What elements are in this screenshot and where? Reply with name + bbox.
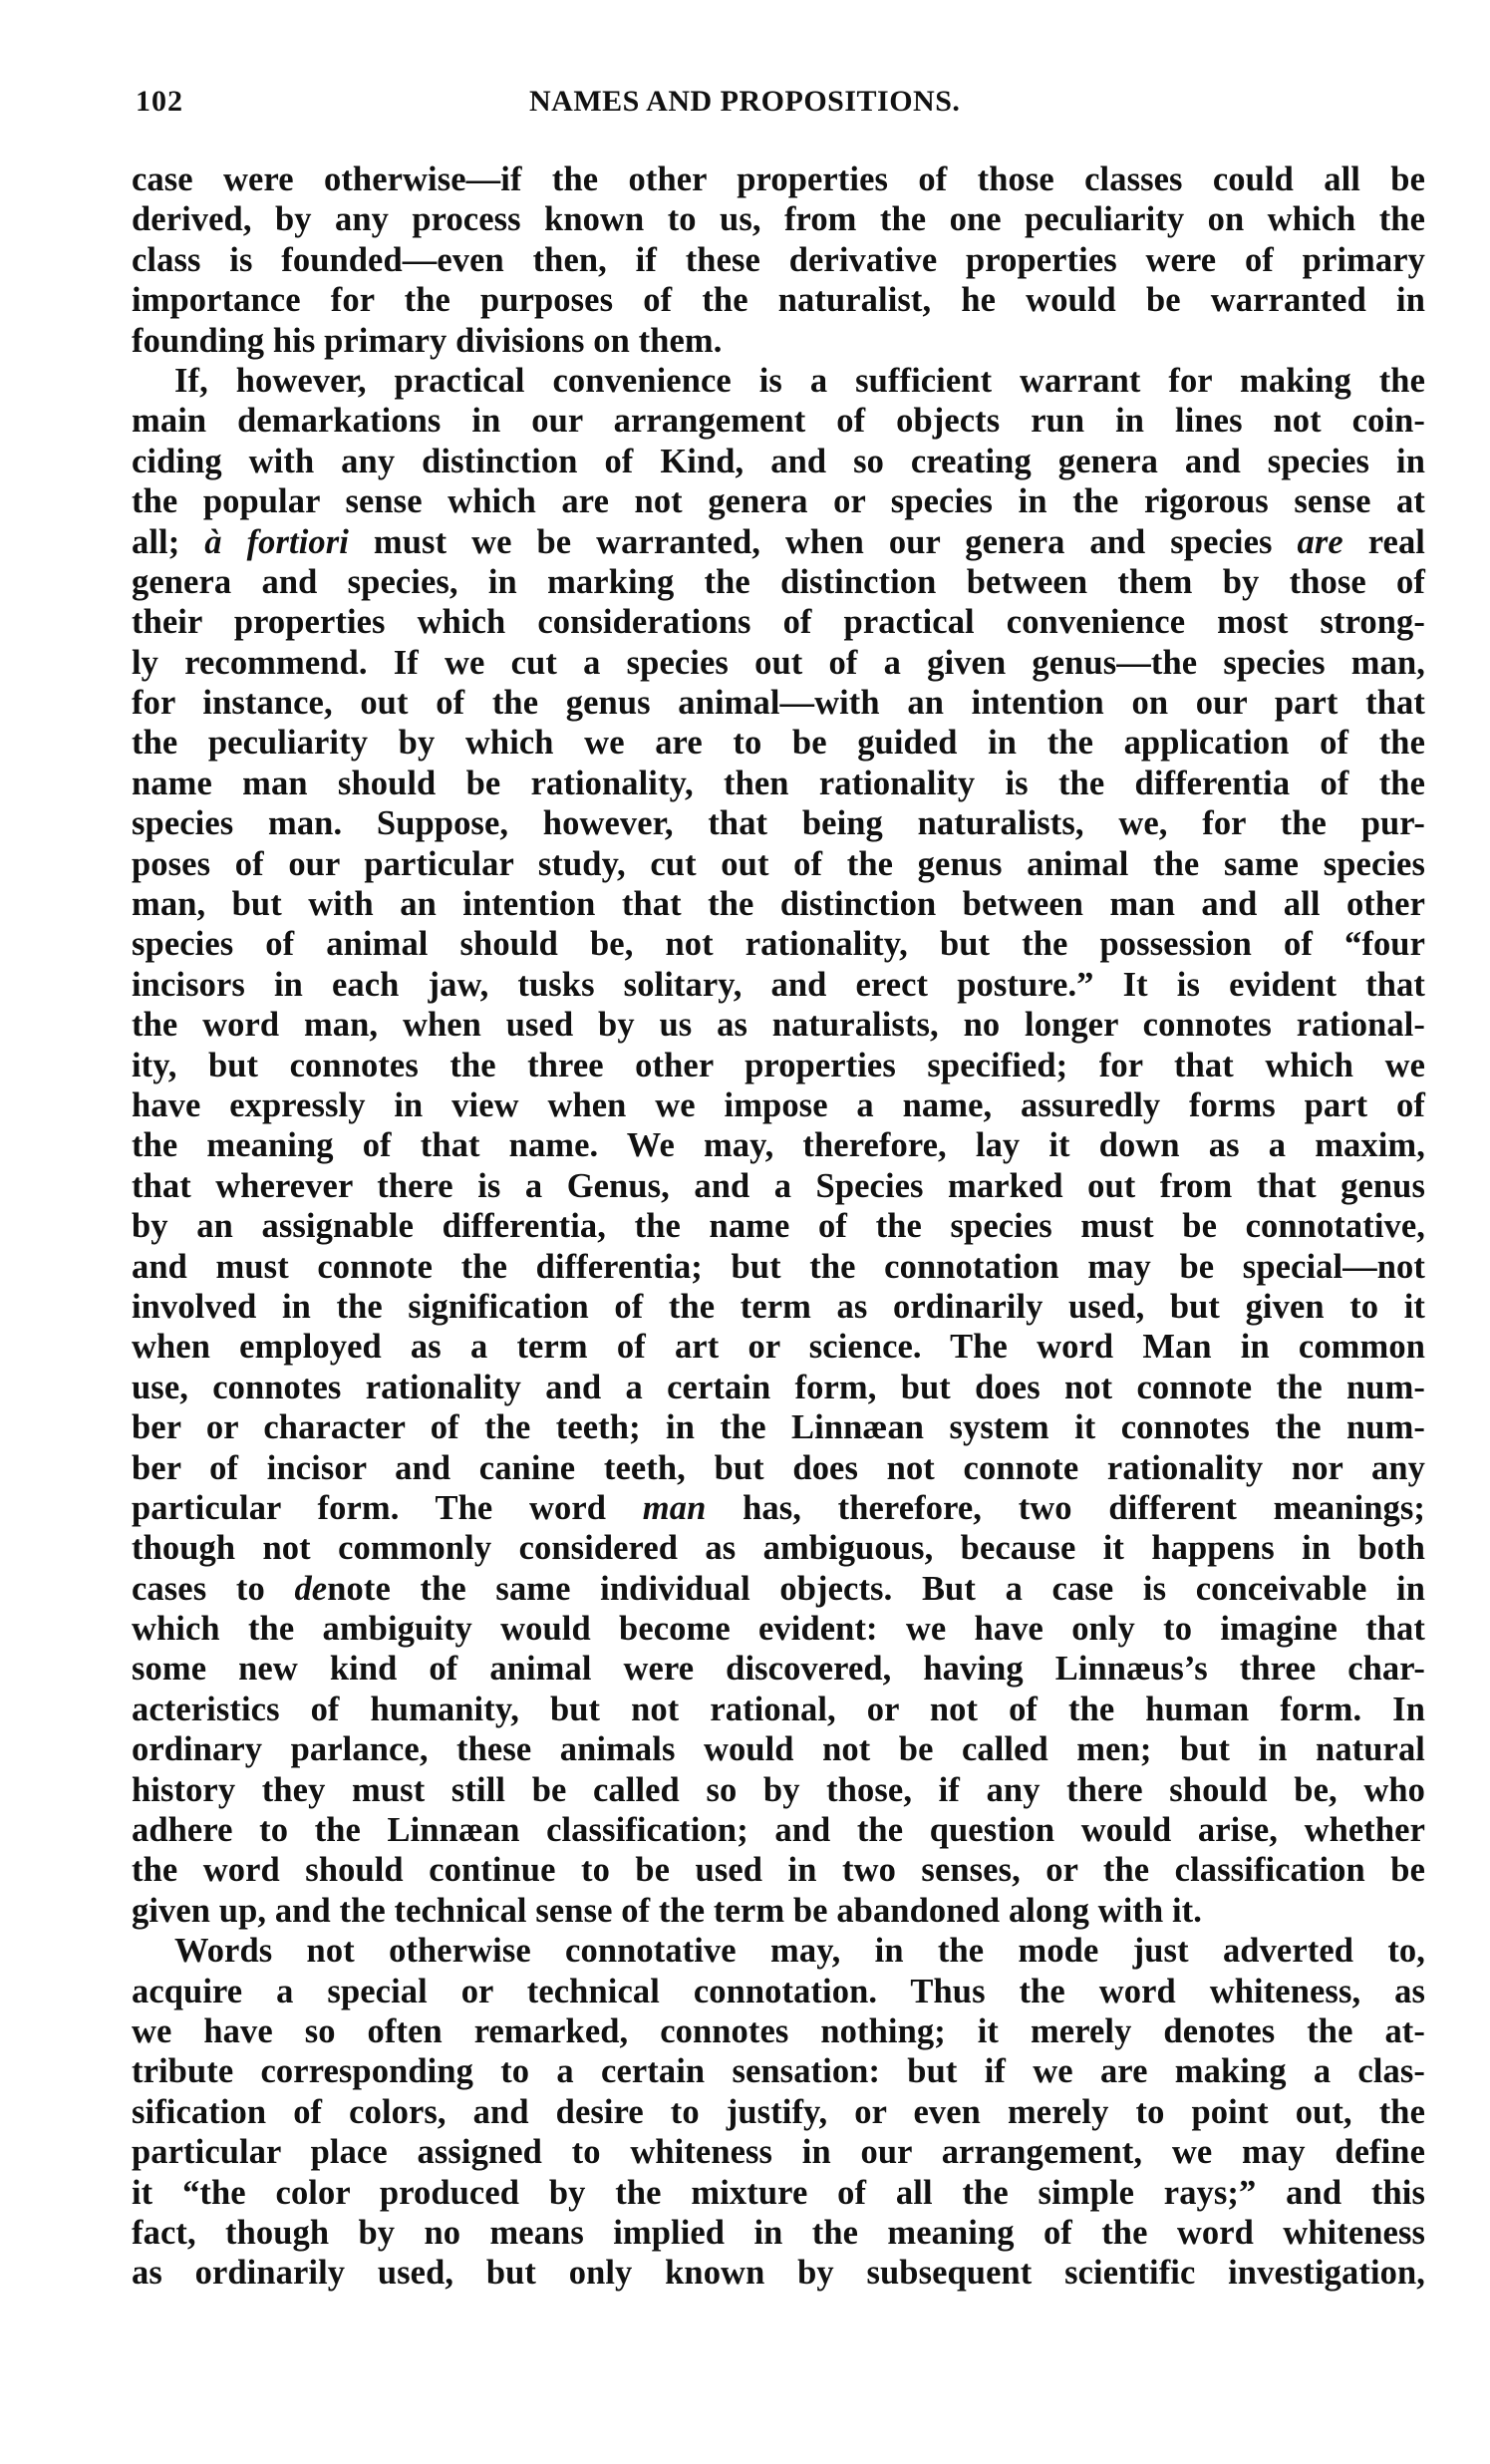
text-segment: the meaning of that name. We may, theref… bbox=[132, 1126, 1425, 1164]
text-line: species man. Suppose, however, that bein… bbox=[132, 803, 1425, 843]
text-line: that wherever there is a Genus, and a Sp… bbox=[132, 1166, 1425, 1206]
text-line: history they must still be called so by … bbox=[132, 1770, 1425, 1810]
text-line: and must connote the differentia; but th… bbox=[132, 1247, 1425, 1287]
text-segment: ity, but connotes the three other proper… bbox=[132, 1047, 1425, 1084]
text-line: Words not otherwise connotative may, in … bbox=[132, 1931, 1425, 1971]
text-segment: it “the color produced by the mixture of… bbox=[132, 2174, 1425, 2212]
text-segment: species man. Suppose, however, that bein… bbox=[132, 804, 1425, 842]
text-line: man, but with an intention that the dist… bbox=[132, 884, 1425, 924]
text-segment: ber of incisor and canine teeth, but doe… bbox=[132, 1449, 1425, 1487]
text-line: we have so often remarked, connotes noth… bbox=[132, 2011, 1425, 2051]
text-segment: as ordinarily used, but only known by su… bbox=[132, 2254, 1425, 2292]
italic-text: are bbox=[1298, 523, 1343, 561]
text-segment: note the same individual objects. But a … bbox=[327, 1570, 1425, 1608]
page-number: 102 bbox=[136, 82, 183, 122]
text-line: some new kind of animal were discovered,… bbox=[132, 1649, 1425, 1689]
text-line: the meaning of that name. We may, theref… bbox=[132, 1125, 1425, 1165]
text-segment: the peculiarity by which we are to be gu… bbox=[132, 724, 1425, 762]
book-page: 102 NAMES AND PROPOSITIONS. case were ot… bbox=[0, 0, 1490, 2464]
text-line: species of animal should be, not rationa… bbox=[132, 924, 1425, 964]
text-line: ordinary parlance, these animals would n… bbox=[132, 1729, 1425, 1769]
text-line: the word should continue to be used in t… bbox=[132, 1850, 1425, 1890]
text-line: main demarkations in our arrangement of … bbox=[132, 401, 1425, 441]
text-segment: acteristics of humanity, but not rationa… bbox=[132, 1691, 1425, 1728]
text-line: for instance, out of the genus animal—wi… bbox=[132, 683, 1425, 723]
text-segment: for instance, out of the genus animal—wi… bbox=[132, 684, 1425, 722]
text-segment: though not commonly considered as ambigu… bbox=[132, 1529, 1425, 1567]
text-segment: ly recommend. If we cut a species out of… bbox=[132, 644, 1425, 682]
text-segment: poses of our particular study, cut out o… bbox=[132, 845, 1425, 883]
italic-text: man bbox=[643, 1489, 707, 1527]
text-line: derived, by any process known to us, fro… bbox=[132, 199, 1425, 239]
text-segment: given up, and the technical sense of the… bbox=[132, 1892, 1202, 1930]
text-segment: ordinary parlance, these animals would n… bbox=[132, 1730, 1425, 1768]
text-segment: when employed as a term of art or scienc… bbox=[132, 1328, 1425, 1366]
text-line: have expressly in view when we impose a … bbox=[132, 1085, 1425, 1125]
text-line: given up, and the technical sense of the… bbox=[132, 1891, 1425, 1931]
text-segment: particular place assigned to whiteness i… bbox=[132, 2133, 1425, 2171]
text-segment: must we be warranted, when our genera an… bbox=[349, 523, 1298, 561]
text-line: though not commonly considered as ambigu… bbox=[132, 1528, 1425, 1568]
text-segment: If, however, practical convenience is a … bbox=[174, 362, 1425, 400]
text-line: by an assignable differentia, the name o… bbox=[132, 1206, 1425, 1246]
text-segment: some new kind of animal were discovered,… bbox=[132, 1650, 1425, 1688]
text-segment: has, therefore, two different meanings; bbox=[706, 1489, 1425, 1527]
text-line: it “the color produced by the mixture of… bbox=[132, 2173, 1425, 2213]
text-line: ber or character of the teeth; in the Li… bbox=[132, 1407, 1425, 1447]
text-line: adhere to the Linnæan classification; an… bbox=[132, 1810, 1425, 1850]
text-segment: that wherever there is a Genus, and a Sp… bbox=[132, 1167, 1425, 1205]
text-segment: history they must still be called so by … bbox=[132, 1771, 1425, 1809]
text-line: ly recommend. If we cut a species out of… bbox=[132, 643, 1425, 683]
text-segment: incisors in each jaw, tusks solitary, an… bbox=[132, 966, 1425, 1004]
text-segment: all; bbox=[132, 523, 204, 561]
text-segment: ciding with any distinction of Kind, and… bbox=[132, 443, 1425, 480]
running-head: 102 NAMES AND PROPOSITIONS. bbox=[136, 82, 1425, 122]
text-segment: fact, though by no means implied in the … bbox=[132, 2214, 1425, 2252]
text-segment: founding his primary divisions on them. bbox=[132, 322, 722, 360]
text-segment: ber or character of the teeth; in the Li… bbox=[132, 1408, 1425, 1446]
text-segment: class is founded—even then, if these der… bbox=[132, 241, 1425, 279]
text-segment: by an assignable differentia, the name o… bbox=[132, 1207, 1425, 1245]
text-segment: main demarkations in our arrangement of … bbox=[132, 402, 1425, 440]
text-line: poses of our particular study, cut out o… bbox=[132, 844, 1425, 884]
text-line: ciding with any distinction of Kind, and… bbox=[132, 442, 1425, 481]
text-line: incisors in each jaw, tusks solitary, an… bbox=[132, 965, 1425, 1005]
text-segment: involved in the signification of the ter… bbox=[132, 1288, 1425, 1326]
text-line: name man should be rationality, then rat… bbox=[132, 764, 1425, 803]
text-segment: Words not otherwise connotative may, in … bbox=[174, 1932, 1425, 1970]
text-line: the peculiarity by which we are to be gu… bbox=[132, 723, 1425, 763]
text-line: ber of incisor and canine teeth, but doe… bbox=[132, 1448, 1425, 1488]
text-line: class is founded—even then, if these der… bbox=[132, 240, 1425, 280]
text-line: genera and species, in marking the disti… bbox=[132, 562, 1425, 602]
text-segment: adhere to the Linnæan classification; an… bbox=[132, 1811, 1425, 1849]
italic-text: à fortiori bbox=[204, 523, 349, 561]
text-line: involved in the signification of the ter… bbox=[132, 1287, 1425, 1327]
text-segment: the word man, when used by us as natural… bbox=[132, 1006, 1425, 1044]
text-line: particular form. The word man has, there… bbox=[132, 1488, 1425, 1528]
text-segment: have expressly in view when we impose a … bbox=[132, 1086, 1425, 1124]
text-segment: and must connote the differentia; but th… bbox=[132, 1248, 1425, 1286]
text-segment: cases to bbox=[132, 1570, 294, 1608]
text-segment: derived, by any process known to us, fro… bbox=[132, 200, 1425, 238]
text-line: acquire a special or technical connotati… bbox=[132, 1972, 1425, 2011]
text-segment: we have so often remarked, connotes noth… bbox=[132, 2012, 1425, 2050]
italic-text: de bbox=[294, 1570, 327, 1608]
text-segment: use, connotes rationality and a certain … bbox=[132, 1369, 1425, 1406]
text-segment: man, but with an intention that the dist… bbox=[132, 885, 1425, 923]
text-line: importance for the purposes of the natur… bbox=[132, 280, 1425, 320]
text-segment: genera and species, in marking the disti… bbox=[132, 563, 1425, 601]
text-segment: importance for the purposes of the natur… bbox=[132, 281, 1425, 319]
text-segment: which the ambiguity would become evident… bbox=[132, 1610, 1425, 1648]
text-segment: sification of colors, and desire to just… bbox=[132, 2093, 1425, 2131]
text-line: use, connotes rationality and a certain … bbox=[132, 1368, 1425, 1407]
text-segment: species of animal should be, not rationa… bbox=[132, 925, 1425, 963]
text-segment: case were otherwise—if the other propert… bbox=[132, 160, 1425, 198]
text-line: tribute corresponding to a certain sensa… bbox=[132, 2051, 1425, 2091]
running-title: NAMES AND PROPOSITIONS. bbox=[529, 82, 960, 122]
text-segment: the word should continue to be used in t… bbox=[132, 1851, 1425, 1889]
text-line: their properties which considerations of… bbox=[132, 602, 1425, 642]
text-segment: tribute corresponding to a certain sensa… bbox=[132, 2052, 1425, 2090]
text-line: If, however, practical convenience is a … bbox=[132, 361, 1425, 401]
text-line: ity, but connotes the three other proper… bbox=[132, 1046, 1425, 1085]
text-line: when employed as a term of art or scienc… bbox=[132, 1327, 1425, 1367]
text-line: the popular sense which are not genera o… bbox=[132, 481, 1425, 521]
text-segment: acquire a special or technical connotati… bbox=[132, 1973, 1425, 2010]
text-segment: name man should be rationality, then rat… bbox=[132, 765, 1425, 802]
text-line: cases to denote the same individual obje… bbox=[132, 1569, 1425, 1609]
text-line: founding his primary divisions on them. bbox=[132, 321, 1425, 361]
text-line: all; à fortiori must we be warranted, wh… bbox=[132, 522, 1425, 562]
text-line: acteristics of humanity, but not rationa… bbox=[132, 1690, 1425, 1729]
text-line: case were otherwise—if the other propert… bbox=[132, 159, 1425, 199]
text-segment: particular form. The word bbox=[132, 1489, 643, 1527]
text-line: which the ambiguity would become evident… bbox=[132, 1609, 1425, 1649]
text-line: the word man, when used by us as natural… bbox=[132, 1005, 1425, 1045]
text-line: sification of colors, and desire to just… bbox=[132, 2092, 1425, 2132]
text-segment: real bbox=[1343, 523, 1425, 561]
body-text: case were otherwise—if the other propert… bbox=[132, 159, 1425, 2294]
text-segment: the popular sense which are not genera o… bbox=[132, 482, 1425, 520]
text-line: particular place assigned to whiteness i… bbox=[132, 2132, 1425, 2172]
text-line: as ordinarily used, but only known by su… bbox=[132, 2253, 1425, 2293]
text-segment: their properties which considerations of… bbox=[132, 603, 1425, 641]
text-line: fact, though by no means implied in the … bbox=[132, 2213, 1425, 2253]
